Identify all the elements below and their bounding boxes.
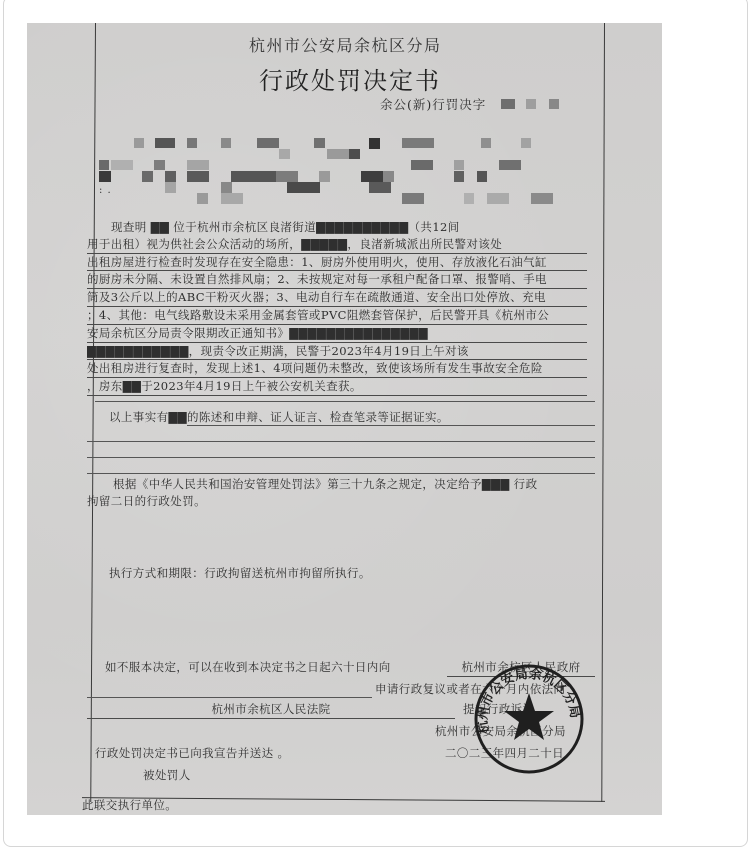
fact-line: ▇▇▇▇▇▇▇▇▇▇▇，现责令改正期满，民警于2023年4月19日上午对该: [87, 343, 587, 361]
fact-line: 现查明 ▇▇ 位于杭州市余杭区良渚街道▇▇▇▇▇▇▇▇▇▇（共12间: [87, 219, 587, 236]
penalized-person-label: 被处罚人: [143, 767, 191, 784]
issuing-organization: 杭州市公安局余杭区分局: [249, 33, 442, 56]
document-number: 余公(新)行罚决字: [380, 95, 559, 113]
fact-line: 筒及3公斤以上的ABC干粉灭火器；3、电动自行车在疏散通道、安全出口处停放、充电: [87, 289, 587, 307]
redaction-block: [501, 99, 515, 109]
document-number-prefix: 余公(新)行罚决字: [380, 97, 486, 112]
execution-method: 执行方式和期限：行政拘留送杭州市拘留所执行。: [109, 565, 609, 582]
evidence-statement: 以上事实有▇▇的陈述和申辩、证人证言、检查笔录等证据证实。: [109, 409, 609, 426]
fact-line: ，房东▇▇于2023年4月19日上午被公安机关查获。: [87, 378, 587, 396]
redacted-party-info: : .: [99, 133, 599, 208]
rule-line: [87, 457, 595, 458]
rule-line: [187, 425, 595, 426]
fact-line: 处出租房进行复查时，发现上述1、4项问题仍未整改，致使该场所有发生事故安全危险: [87, 360, 587, 378]
fact-line: 出租房屋进行检查时发现存在安全隐患：1、厨房外使用明火，使用、存放液化石油气缸: [87, 254, 587, 272]
document-photo: 杭州市公安局余杭区分局 行政处罚决定书 余公(新)行罚决字: [27, 23, 662, 815]
fact-line: 安局余杭区分局责令限期改正通知书》▇▇▇▇▇▇▇▇▇▇▇▇▇▇▇: [87, 325, 587, 343]
facts-paragraph: 现查明 ▇▇ 位于杭州市余杭区良渚街道▇▇▇▇▇▇▇▇▇▇（共12间 用于出租）…: [87, 219, 587, 396]
fact-line: 的厨房未分隔、未设置自然排风扇；2、未按规定对每一承租户配备口罩、报警哨、手电: [87, 271, 587, 289]
rule-line: [87, 473, 595, 474]
image-card: 杭州市公安局余杭区分局 行政处罚决定书 余公(新)行罚决字: [3, 0, 748, 847]
decision-line: 拘留二日的行政处罚。: [87, 493, 607, 510]
appeal-line-1: 如不服本决定，可以在收到本决定书之日起六十日内向: [105, 659, 391, 676]
rule-line: [87, 441, 595, 442]
frame-border-left: [90, 23, 96, 802]
served-statement: 行政处罚决定书已向我宣告并送达 。: [95, 745, 289, 762]
document-title: 行政处罚决定书: [259, 61, 441, 96]
fact-line: 用于出租）视为供社会公众活动的场所，▇▇▇▇▇，良渚新城派出所民警对该处: [87, 236, 587, 254]
redaction-block: [549, 99, 559, 109]
redaction-block: [526, 99, 536, 109]
official-seal-stamp: 杭州市公安局余杭区分局: [473, 663, 585, 775]
rule-line: [87, 697, 372, 698]
decision-paragraph: 根据《中华人民共和国治安管理处罚法》第三十九条之规定，决定给予▇▇▇ 行政 拘留…: [87, 476, 607, 510]
fact-line: ；4、其他：电气线路敷设未采用金属套管或PVC阻燃套管保护，后民警开具《杭州市公: [87, 307, 587, 325]
colon-mark: : .: [99, 185, 112, 196]
copy-note: 此联交执行单位。: [82, 797, 177, 814]
rule-line: [95, 401, 595, 402]
court-name: 杭州市余杭区人民法院: [87, 701, 455, 719]
decision-line: 根据《中华人民共和国治安管理处罚法》第三十九条之规定，决定给予▇▇▇ 行政: [87, 476, 607, 493]
